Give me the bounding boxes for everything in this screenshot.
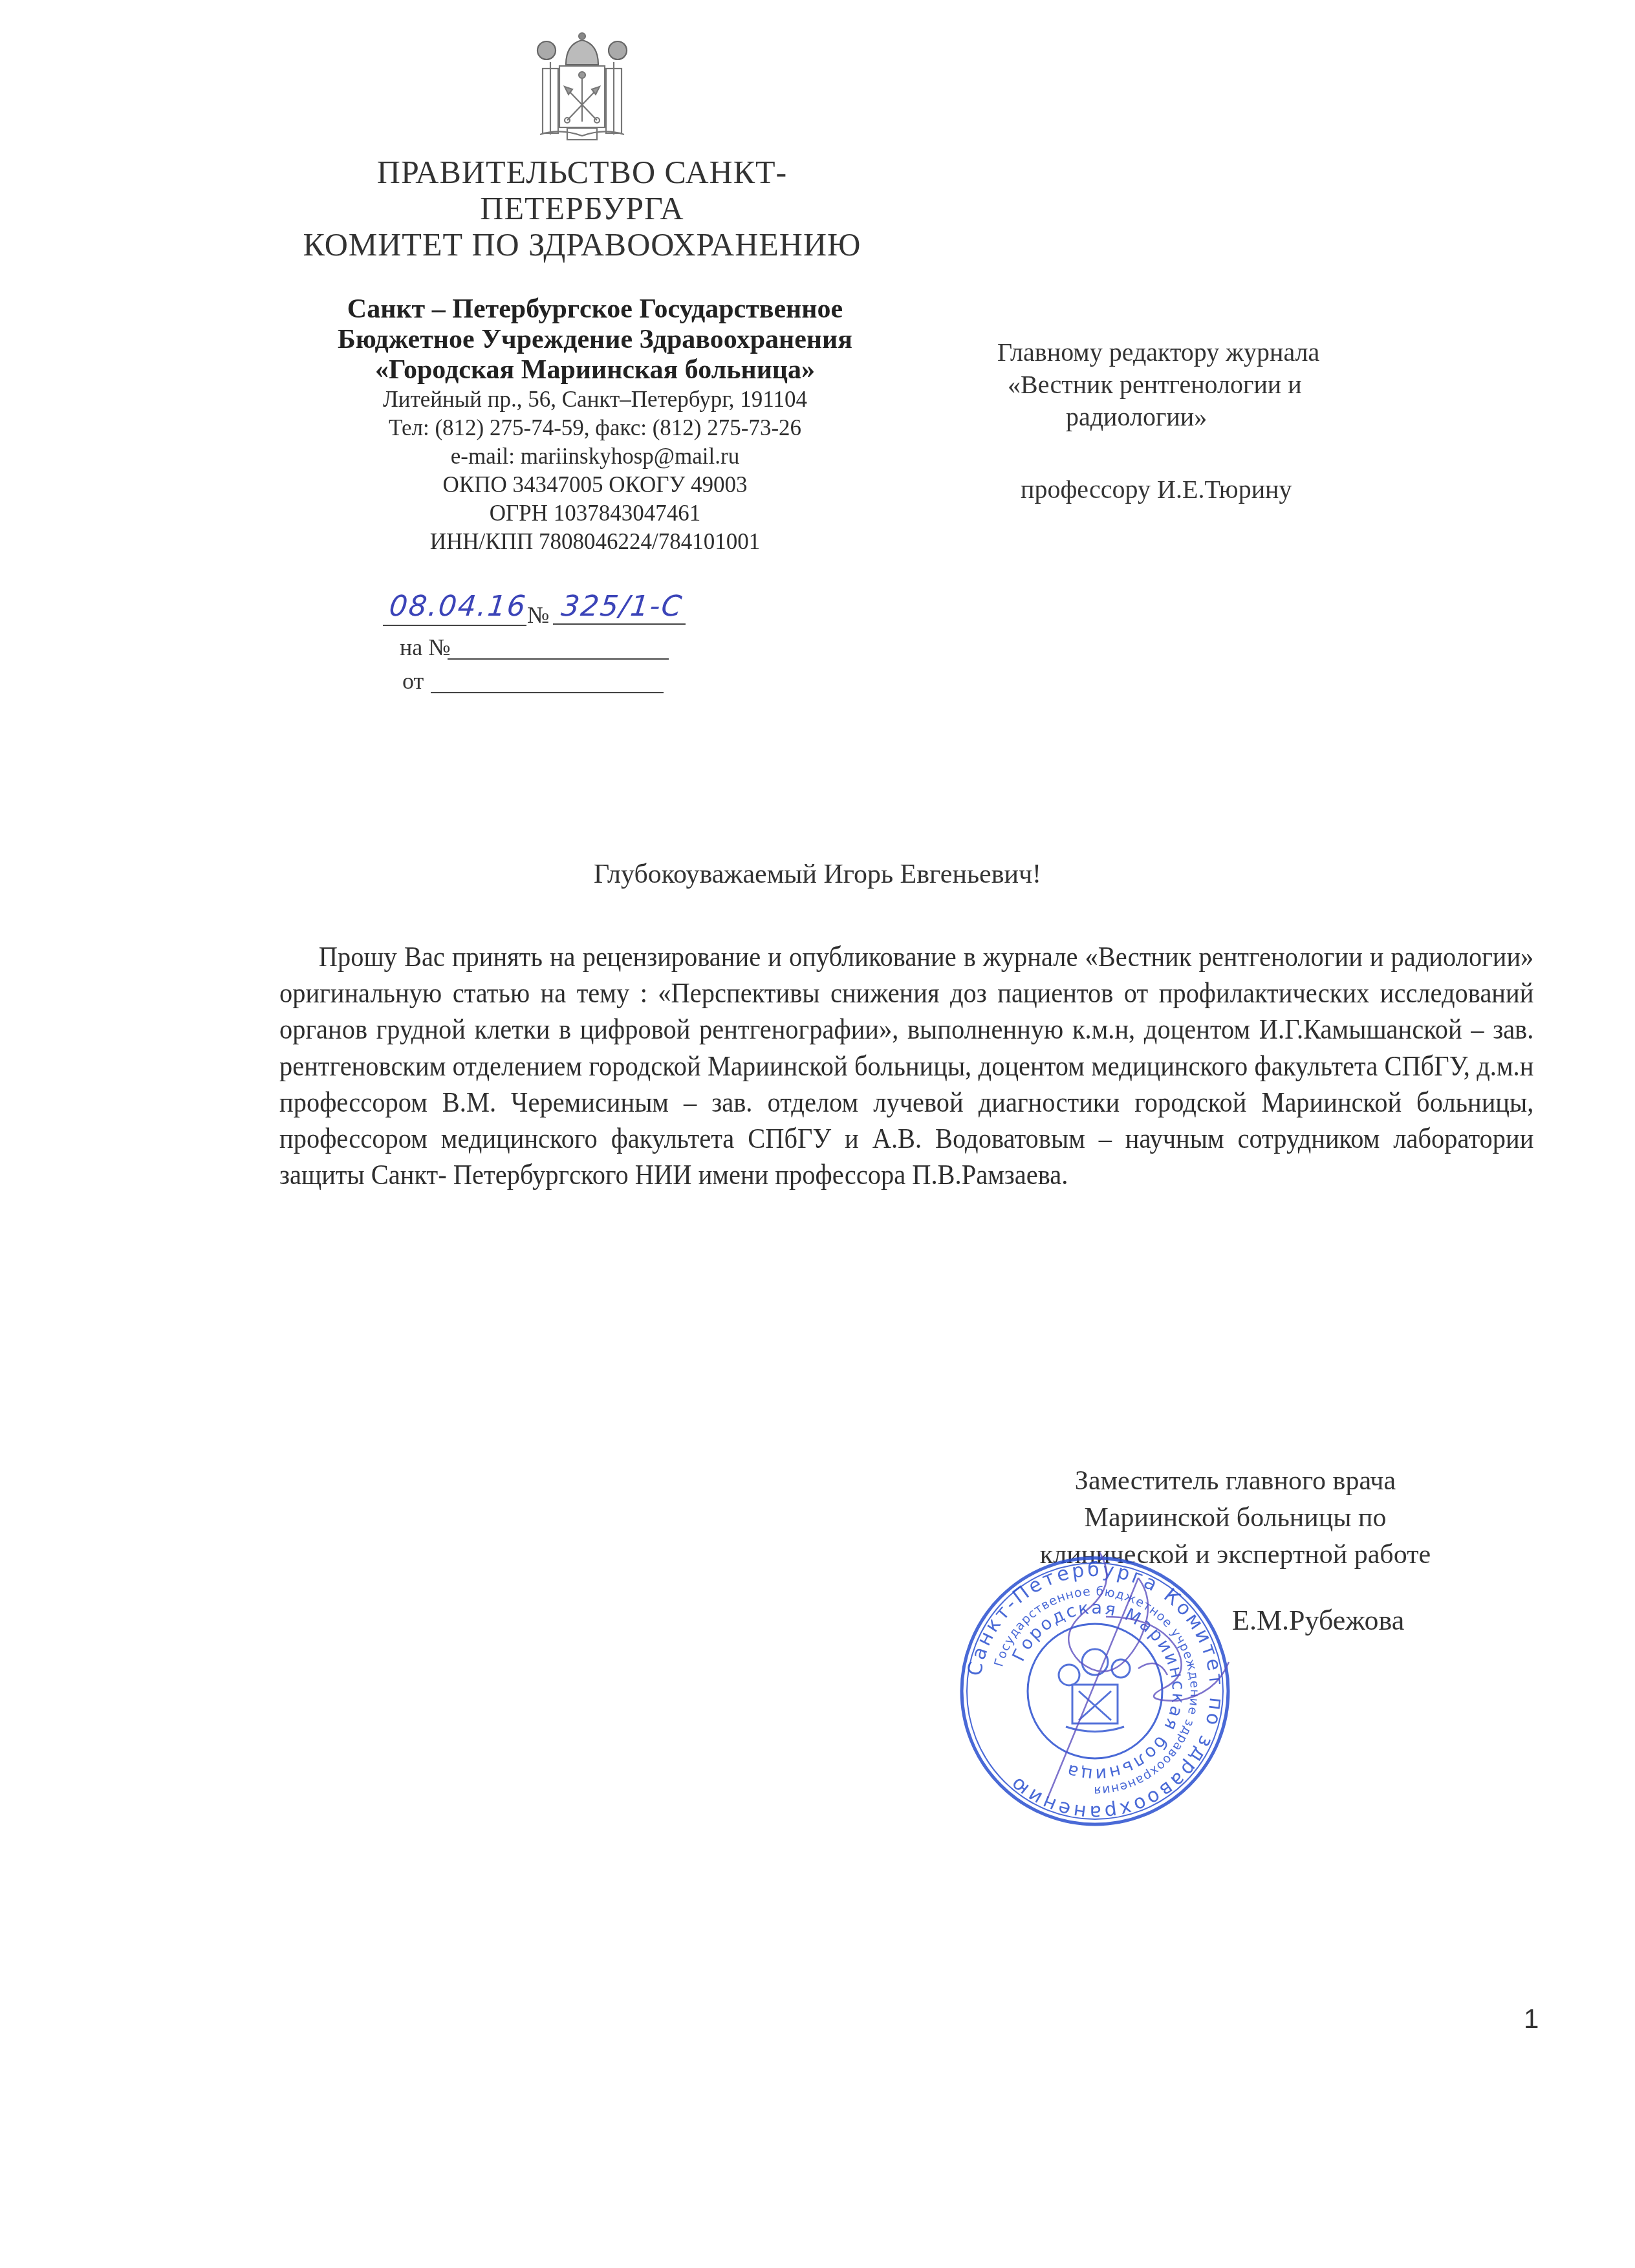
handwritten-date: 08.04.16: [387, 590, 528, 623]
reply-to-label: на №: [400, 634, 451, 661]
org-okpo-okogu: ОКПО 34347005 ОКОГУ 49003: [304, 471, 886, 499]
org-phones: Тел: (812) 275-74-59, факс: (812) 275-73…: [304, 414, 886, 442]
addressee-block: Главному редактору журнала «Вестник рент…: [983, 336, 1436, 506]
org-inn-kpp: ИНН/КПП 7808046224/784101001: [304, 528, 886, 556]
number-label: №: [527, 601, 549, 629]
addressee-line-2: «Вестник рентгенологии и: [983, 369, 1436, 401]
page-number: 1: [1524, 2003, 1539, 2035]
handwritten-signature: [1009, 1539, 1242, 1811]
addressee-line-4: профессору И.Е.Тюрину: [983, 473, 1436, 506]
signer-position-line-1: Заместитель главного врача: [983, 1463, 1488, 1500]
org-ogrn: ОГРН 1037843047461: [304, 499, 886, 528]
organization-block: Санкт – Петербургское Государственное Бю…: [304, 294, 886, 556]
signer-name: Е.М.Рубежова: [1232, 1604, 1404, 1637]
government-line-1: ПРАВИТЕЛЬСТВО САНКТ-: [272, 154, 893, 190]
org-name-line-3: «Городская Мариинская больница»: [304, 355, 886, 385]
handwritten-number: 325/1-С: [559, 590, 684, 623]
government-header: ПРАВИТЕЛЬСТВО САНКТ- ПЕТЕРБУРГА КОМИТЕТ …: [272, 154, 893, 263]
from-label: от: [402, 667, 424, 695]
org-name-line-2: Бюджетное Учреждение Здравоохранения: [304, 325, 886, 355]
addressee-line-3: радиологии»: [983, 401, 1436, 433]
org-email: e-mail: mariinskyhosp@mail.ru: [304, 442, 886, 471]
org-name-line-1: Санкт – Петербургское Государственное: [304, 294, 886, 325]
letter-body: Прошу Вас принять на рецензирование и оп…: [279, 939, 1533, 1193]
org-address: Литейный пр., 56, Санкт–Петербург, 19110…: [304, 385, 886, 414]
addressee-line-1: Главному редактору журнала: [983, 336, 1436, 369]
date-underline: [383, 625, 526, 626]
government-line-2: ПЕТЕРБУРГА: [272, 190, 893, 226]
signer-position-line-2: Мариинской больницы по: [983, 1500, 1488, 1537]
from-underline: [431, 692, 664, 693]
greeting: Глубокоуважаемый Игорь Евгеньевич!: [0, 859, 1635, 890]
reply-to-underline: [448, 658, 669, 660]
number-underline: [553, 623, 686, 625]
coat-of-arms-icon: [527, 25, 637, 141]
committee-name: КОМИТЕТ ПО ЗДРАВООХРАНЕНИЮ: [272, 226, 893, 263]
